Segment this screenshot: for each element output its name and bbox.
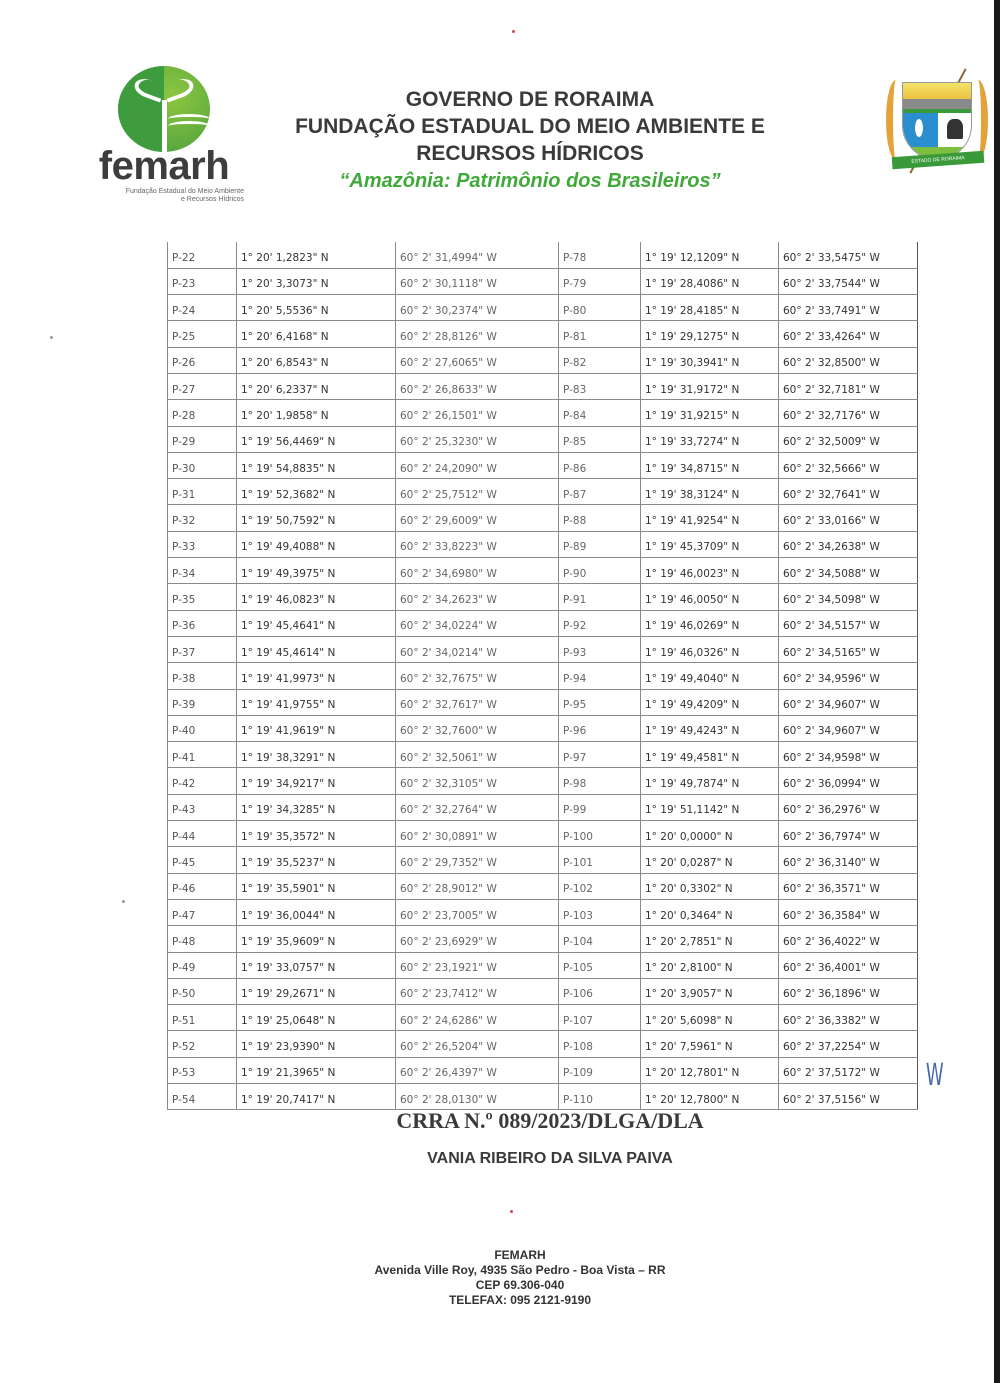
point-id-cell: P-35 bbox=[168, 584, 237, 610]
latitude-cell: 1° 19' 41,9619" N bbox=[237, 715, 396, 741]
latitude-cell: 1° 19' 56,4469" N bbox=[237, 426, 396, 452]
point-id-cell: P-84 bbox=[559, 400, 641, 426]
longitude-cell: 60° 2' 36,4001" W bbox=[779, 952, 918, 978]
longitude-cell: 60° 2' 32,7181" W bbox=[779, 373, 918, 399]
point-id-cell: P-87 bbox=[559, 479, 641, 505]
point-id-cell: P-24 bbox=[168, 295, 237, 321]
latitude-cell: 1° 19' 35,9609" N bbox=[237, 926, 396, 952]
longitude-cell: 60° 2' 34,2623" W bbox=[396, 584, 559, 610]
table-row: P-451° 19' 35,5237" N60° 2' 29,7352" WP-… bbox=[168, 847, 918, 873]
table-row: P-531° 19' 21,3965" N60° 2' 26,4397" WP-… bbox=[168, 1057, 918, 1083]
scan-edge bbox=[994, 0, 1000, 1383]
longitude-cell: 60° 2' 26,8633" W bbox=[396, 373, 559, 399]
latitude-cell: 1° 19' 35,3572" N bbox=[237, 821, 396, 847]
longitude-cell: 60° 2' 30,0891" W bbox=[396, 821, 559, 847]
point-id-cell: P-27 bbox=[168, 373, 237, 399]
latitude-cell: 1° 19' 20,7417" N bbox=[237, 1084, 396, 1110]
longitude-cell: 60° 2' 28,0130" W bbox=[396, 1084, 559, 1110]
footer-address: Avenida Ville Roy, 4935 São Pedro - Boa … bbox=[0, 1263, 1000, 1278]
table-row: P-311° 19' 52,3682" N60° 2' 25,7512" WP-… bbox=[168, 479, 918, 505]
point-id-cell: P-38 bbox=[168, 663, 237, 689]
logo-wordmark: femarh bbox=[84, 144, 244, 189]
point-id-cell: P-45 bbox=[168, 847, 237, 873]
longitude-cell: 60° 2' 36,0994" W bbox=[779, 768, 918, 794]
latitude-cell: 1° 19' 49,4088" N bbox=[237, 531, 396, 557]
table-row: P-261° 20' 6,8543" N60° 2' 27,6065" WP-8… bbox=[168, 347, 918, 373]
scan-speck bbox=[512, 30, 515, 33]
latitude-cell: 1° 19' 28,4185" N bbox=[641, 295, 779, 321]
table-row: P-221° 20' 1,2823" N60° 2' 31,4994" WP-7… bbox=[168, 242, 918, 268]
longitude-cell: 60° 2' 36,3584" W bbox=[779, 899, 918, 925]
femarh-logo: femarh Fundação Estadual do Meio Ambient… bbox=[84, 66, 244, 206]
latitude-cell: 1° 19' 35,5901" N bbox=[237, 873, 396, 899]
longitude-cell: 60° 2' 32,7176" W bbox=[779, 400, 918, 426]
latitude-cell: 1° 19' 45,4614" N bbox=[237, 636, 396, 662]
latitude-cell: 1° 19' 34,3285" N bbox=[237, 794, 396, 820]
foundation-title-line2: RECURSOS HÍDRICOS bbox=[230, 140, 830, 167]
point-id-cell: P-89 bbox=[559, 531, 641, 557]
table-row: P-431° 19' 34,3285" N60° 2' 32,2764" WP-… bbox=[168, 794, 918, 820]
longitude-cell: 60° 2' 37,5172" W bbox=[779, 1057, 918, 1083]
longitude-cell: 60° 2' 34,9598" W bbox=[779, 742, 918, 768]
latitude-cell: 1° 19' 41,9254" N bbox=[641, 505, 779, 531]
scan-speck bbox=[122, 900, 125, 903]
longitude-cell: 60° 2' 30,2374" W bbox=[396, 295, 559, 321]
longitude-cell: 60° 2' 32,5666" W bbox=[779, 452, 918, 478]
latitude-cell: 1° 20' 0,0000" N bbox=[641, 821, 779, 847]
point-id-cell: P-46 bbox=[168, 873, 237, 899]
latitude-cell: 1° 20' 3,9057" N bbox=[641, 978, 779, 1004]
point-id-cell: P-79 bbox=[559, 268, 641, 294]
latitude-cell: 1° 19' 25,0648" N bbox=[237, 1005, 396, 1031]
latitude-cell: 1° 20' 6,2337" N bbox=[237, 373, 396, 399]
footer: FEMARH Avenida Ville Roy, 4935 São Pedro… bbox=[0, 1248, 1000, 1308]
longitude-cell: 60° 2' 32,2764" W bbox=[396, 794, 559, 820]
longitude-cell: 60° 2' 32,5061" W bbox=[396, 742, 559, 768]
longitude-cell: 60° 2' 32,8500" W bbox=[779, 347, 918, 373]
point-id-cell: P-42 bbox=[168, 768, 237, 794]
point-id-cell: P-22 bbox=[168, 242, 237, 268]
sprout-leaf-icon bbox=[118, 66, 210, 152]
longitude-cell: 60° 2' 33,0166" W bbox=[779, 505, 918, 531]
longitude-cell: 60° 2' 32,7600" W bbox=[396, 715, 559, 741]
longitude-cell: 60° 2' 28,8126" W bbox=[396, 321, 559, 347]
point-id-cell: P-44 bbox=[168, 821, 237, 847]
table-row: P-381° 19' 41,9973" N60° 2' 32,7675" WP-… bbox=[168, 663, 918, 689]
latitude-cell: 1° 20' 6,8543" N bbox=[237, 347, 396, 373]
point-id-cell: P-97 bbox=[559, 742, 641, 768]
point-id-cell: P-36 bbox=[168, 610, 237, 636]
point-id-cell: P-81 bbox=[559, 321, 641, 347]
longitude-cell: 60° 2' 36,3382" W bbox=[779, 1005, 918, 1031]
longitude-cell: 60° 2' 24,6286" W bbox=[396, 1005, 559, 1031]
longitude-cell: 60° 2' 37,2254" W bbox=[779, 1031, 918, 1057]
latitude-cell: 1° 19' 52,3682" N bbox=[237, 479, 396, 505]
latitude-cell: 1° 19' 49,4243" N bbox=[641, 715, 779, 741]
point-id-cell: P-106 bbox=[559, 978, 641, 1004]
latitude-cell: 1° 19' 46,0269" N bbox=[641, 610, 779, 636]
footer-cep: CEP 69.306-040 bbox=[0, 1278, 1000, 1293]
point-id-cell: P-37 bbox=[168, 636, 237, 662]
table-row: P-251° 20' 6,4168" N60° 2' 28,8126" WP-8… bbox=[168, 321, 918, 347]
point-id-cell: P-83 bbox=[559, 373, 641, 399]
table-row: P-231° 20' 3,3073" N60° 2' 30,1118" WP-7… bbox=[168, 268, 918, 294]
point-id-cell: P-99 bbox=[559, 794, 641, 820]
point-id-cell: P-54 bbox=[168, 1084, 237, 1110]
table-row: P-521° 19' 23,9390" N60° 2' 26,5204" WP-… bbox=[168, 1031, 918, 1057]
point-id-cell: P-104 bbox=[559, 926, 641, 952]
point-id-cell: P-52 bbox=[168, 1031, 237, 1057]
point-id-cell: P-50 bbox=[168, 978, 237, 1004]
table-row: P-361° 19' 45,4641" N60° 2' 34,0224" WP-… bbox=[168, 610, 918, 636]
footer-telefax: TELEFAX: 095 2121-9190 bbox=[0, 1293, 1000, 1308]
point-id-cell: P-88 bbox=[559, 505, 641, 531]
point-id-cell: P-92 bbox=[559, 610, 641, 636]
table-row: P-291° 19' 56,4469" N60° 2' 25,3230" WP-… bbox=[168, 426, 918, 452]
point-id-cell: P-25 bbox=[168, 321, 237, 347]
point-id-cell: P-100 bbox=[559, 821, 641, 847]
point-id-cell: P-94 bbox=[559, 663, 641, 689]
point-id-cell: P-105 bbox=[559, 952, 641, 978]
longitude-cell: 60° 2' 32,5009" W bbox=[779, 426, 918, 452]
latitude-cell: 1° 20' 2,8100" N bbox=[641, 952, 779, 978]
latitude-cell: 1° 20' 5,6098" N bbox=[641, 1005, 779, 1031]
longitude-cell: 60° 2' 26,1501" W bbox=[396, 400, 559, 426]
point-id-cell: P-103 bbox=[559, 899, 641, 925]
point-id-cell: P-98 bbox=[559, 768, 641, 794]
longitude-cell: 60° 2' 36,7974" W bbox=[779, 821, 918, 847]
longitude-cell: 60° 2' 34,9596" W bbox=[779, 663, 918, 689]
longitude-cell: 60° 2' 33,4264" W bbox=[779, 321, 918, 347]
longitude-cell: 60° 2' 34,6980" W bbox=[396, 558, 559, 584]
point-id-cell: P-23 bbox=[168, 268, 237, 294]
longitude-cell: 60° 2' 37,5156" W bbox=[779, 1084, 918, 1110]
longitude-cell: 60° 2' 25,3230" W bbox=[396, 426, 559, 452]
latitude-cell: 1° 19' 41,9973" N bbox=[237, 663, 396, 689]
latitude-cell: 1° 20' 0,3302" N bbox=[641, 873, 779, 899]
longitude-cell: 60° 2' 34,5088" W bbox=[779, 558, 918, 584]
point-id-cell: P-47 bbox=[168, 899, 237, 925]
point-id-cell: P-91 bbox=[559, 584, 641, 610]
table-row: P-541° 19' 20,7417" N60° 2' 28,0130" WP-… bbox=[168, 1084, 918, 1110]
longitude-cell: 60° 2' 23,7005" W bbox=[396, 899, 559, 925]
handwritten-initial: W bbox=[926, 1058, 944, 1093]
point-id-cell: P-49 bbox=[168, 952, 237, 978]
table-row: P-401° 19' 41,9619" N60° 2' 32,7600" WP-… bbox=[168, 715, 918, 741]
point-id-cell: P-107 bbox=[559, 1005, 641, 1031]
point-id-cell: P-31 bbox=[168, 479, 237, 505]
latitude-cell: 1° 19' 34,8715" N bbox=[641, 452, 779, 478]
longitude-cell: 60° 2' 32,7641" W bbox=[779, 479, 918, 505]
point-id-cell: P-33 bbox=[168, 531, 237, 557]
point-id-cell: P-96 bbox=[559, 715, 641, 741]
point-id-cell: P-109 bbox=[559, 1057, 641, 1083]
longitude-cell: 60° 2' 26,4397" W bbox=[396, 1057, 559, 1083]
latitude-cell: 1° 19' 35,5237" N bbox=[237, 847, 396, 873]
longitude-cell: 60° 2' 23,1921" W bbox=[396, 952, 559, 978]
longitude-cell: 60° 2' 33,7491" W bbox=[779, 295, 918, 321]
state-coat-of-arms-icon: ESTADO DE RORAIMA bbox=[882, 62, 992, 182]
longitude-cell: 60° 2' 23,7412" W bbox=[396, 978, 559, 1004]
latitude-cell: 1° 19' 31,9172" N bbox=[641, 373, 779, 399]
table-row: P-441° 19' 35,3572" N60° 2' 30,0891" WP-… bbox=[168, 821, 918, 847]
point-id-cell: P-95 bbox=[559, 689, 641, 715]
table-row: P-481° 19' 35,9609" N60° 2' 23,6929" WP-… bbox=[168, 926, 918, 952]
point-id-cell: P-32 bbox=[168, 505, 237, 531]
latitude-cell: 1° 20' 5,5536" N bbox=[237, 295, 396, 321]
point-id-cell: P-102 bbox=[559, 873, 641, 899]
latitude-cell: 1° 19' 46,0050" N bbox=[641, 584, 779, 610]
latitude-cell: 1° 19' 38,3124" N bbox=[641, 479, 779, 505]
government-title: GOVERNO DE RORAIMA bbox=[230, 86, 830, 113]
longitude-cell: 60° 2' 29,7352" W bbox=[396, 847, 559, 873]
latitude-cell: 1° 19' 54,8835" N bbox=[237, 452, 396, 478]
longitude-cell: 60° 2' 32,7617" W bbox=[396, 689, 559, 715]
longitude-cell: 60° 2' 34,2638" W bbox=[779, 531, 918, 557]
slogan: “Amazônia: Patrimônio dos Brasileiros” bbox=[230, 167, 830, 195]
longitude-cell: 60° 2' 36,1896" W bbox=[779, 978, 918, 1004]
table-row: P-471° 19' 36,0044" N60° 2' 23,7005" WP-… bbox=[168, 899, 918, 925]
miner-figure-icon bbox=[947, 119, 963, 139]
longitude-cell: 60° 2' 25,7512" W bbox=[396, 479, 559, 505]
latitude-cell: 1° 19' 28,4086" N bbox=[641, 268, 779, 294]
latitude-cell: 1° 19' 50,7592" N bbox=[237, 505, 396, 531]
latitude-cell: 1° 19' 36,0044" N bbox=[237, 899, 396, 925]
longitude-cell: 60° 2' 36,3140" W bbox=[779, 847, 918, 873]
foundation-title-line1: FUNDAÇÃO ESTADUAL DO MEIO AMBIENTE E bbox=[230, 113, 830, 140]
point-id-cell: P-85 bbox=[559, 426, 641, 452]
table-row: P-411° 19' 38,3291" N60° 2' 32,5061" WP-… bbox=[168, 742, 918, 768]
point-id-cell: P-40 bbox=[168, 715, 237, 741]
longitude-cell: 60° 2' 33,7544" W bbox=[779, 268, 918, 294]
holder-name: VANIA RIBEIRO DA SILVA PAIVA bbox=[0, 1150, 1000, 1168]
table-row: P-371° 19' 45,4614" N60° 2' 34,0214" WP-… bbox=[168, 636, 918, 662]
latitude-cell: 1° 19' 30,3941" N bbox=[641, 347, 779, 373]
latitude-cell: 1° 19' 46,0326" N bbox=[641, 636, 779, 662]
scan-speck bbox=[50, 336, 53, 339]
latitude-cell: 1° 19' 49,4040" N bbox=[641, 663, 779, 689]
point-id-cell: P-101 bbox=[559, 847, 641, 873]
longitude-cell: 60° 2' 33,8223" W bbox=[396, 531, 559, 557]
table-row: P-271° 20' 6,2337" N60° 2' 26,8633" WP-8… bbox=[168, 373, 918, 399]
point-id-cell: P-29 bbox=[168, 426, 237, 452]
latitude-cell: 1° 20' 7,5961" N bbox=[641, 1031, 779, 1057]
coordinates-table: P-221° 20' 1,2823" N60° 2' 31,4994" WP-7… bbox=[167, 242, 918, 1110]
point-id-cell: P-43 bbox=[168, 794, 237, 820]
point-id-cell: P-110 bbox=[559, 1084, 641, 1110]
longitude-cell: 60° 2' 36,3571" W bbox=[779, 873, 918, 899]
point-id-cell: P-48 bbox=[168, 926, 237, 952]
longitude-cell: 60° 2' 34,9607" W bbox=[779, 715, 918, 741]
longitude-cell: 60° 2' 34,5098" W bbox=[779, 584, 918, 610]
latitude-cell: 1° 20' 1,2823" N bbox=[237, 242, 396, 268]
table-row: P-301° 19' 54,8835" N60° 2' 24,2090" WP-… bbox=[168, 452, 918, 478]
table-row: P-501° 19' 29,2671" N60° 2' 23,7412" WP-… bbox=[168, 978, 918, 1004]
table-row: P-341° 19' 49,3975" N60° 2' 34,6980" WP-… bbox=[168, 558, 918, 584]
table-row: P-391° 19' 41,9755" N60° 2' 32,7617" WP-… bbox=[168, 689, 918, 715]
point-id-cell: P-30 bbox=[168, 452, 237, 478]
point-id-cell: P-82 bbox=[559, 347, 641, 373]
latitude-cell: 1° 20' 0,0287" N bbox=[641, 847, 779, 873]
longitude-cell: 60° 2' 28,9012" W bbox=[396, 873, 559, 899]
latitude-cell: 1° 19' 21,3965" N bbox=[237, 1057, 396, 1083]
latitude-cell: 1° 19' 41,9755" N bbox=[237, 689, 396, 715]
crra-number: CRRA N.º 089/2023/DLGA/DLA bbox=[0, 1108, 1000, 1134]
longitude-cell: 60° 2' 32,3105" W bbox=[396, 768, 559, 794]
point-id-cell: P-78 bbox=[559, 242, 641, 268]
longitude-cell: 60° 2' 24,2090" W bbox=[396, 452, 559, 478]
logo-subtitle-line2: e Recursos Hídricos bbox=[84, 196, 244, 204]
table-row: P-351° 19' 46,0823" N60° 2' 34,2623" WP-… bbox=[168, 584, 918, 610]
latitude-cell: 1° 19' 51,1142" N bbox=[641, 794, 779, 820]
table-row: P-241° 20' 5,5536" N60° 2' 30,2374" WP-8… bbox=[168, 295, 918, 321]
latitude-cell: 1° 20' 1,9858" N bbox=[237, 400, 396, 426]
table-row: P-461° 19' 35,5901" N60° 2' 28,9012" WP-… bbox=[168, 873, 918, 899]
table-row: P-511° 19' 25,0648" N60° 2' 24,6286" WP-… bbox=[168, 1005, 918, 1031]
longitude-cell: 60° 2' 26,5204" W bbox=[396, 1031, 559, 1057]
latitude-cell: 1° 20' 3,3073" N bbox=[237, 268, 396, 294]
table-row: P-321° 19' 50,7592" N60° 2' 29,6009" WP-… bbox=[168, 505, 918, 531]
longitude-cell: 60° 2' 23,6929" W bbox=[396, 926, 559, 952]
latitude-cell: 1° 19' 49,4581" N bbox=[641, 742, 779, 768]
table-row: P-491° 19' 33,0757" N60° 2' 23,1921" WP-… bbox=[168, 952, 918, 978]
latitude-cell: 1° 20' 12,7801" N bbox=[641, 1057, 779, 1083]
longitude-cell: 60° 2' 34,5165" W bbox=[779, 636, 918, 662]
latitude-cell: 1° 20' 0,3464" N bbox=[641, 899, 779, 925]
point-id-cell: P-51 bbox=[168, 1005, 237, 1031]
longitude-cell: 60° 2' 33,5475" W bbox=[779, 242, 918, 268]
longitude-cell: 60° 2' 30,1118" W bbox=[396, 268, 559, 294]
point-id-cell: P-90 bbox=[559, 558, 641, 584]
scan-speck bbox=[510, 1210, 513, 1213]
point-id-cell: P-41 bbox=[168, 742, 237, 768]
latitude-cell: 1° 20' 12,7800" N bbox=[641, 1084, 779, 1110]
latitude-cell: 1° 19' 49,7874" N bbox=[641, 768, 779, 794]
longitude-cell: 60° 2' 34,0214" W bbox=[396, 636, 559, 662]
longitude-cell: 60° 2' 34,9607" W bbox=[779, 689, 918, 715]
point-id-cell: P-108 bbox=[559, 1031, 641, 1057]
latitude-cell: 1° 19' 45,4641" N bbox=[237, 610, 396, 636]
longitude-cell: 60° 2' 34,5157" W bbox=[779, 610, 918, 636]
footer-org: FEMARH bbox=[0, 1248, 1000, 1263]
latitude-cell: 1° 19' 29,2671" N bbox=[237, 978, 396, 1004]
letterhead: GOVERNO DE RORAIMA FUNDAÇÃO ESTADUAL DO … bbox=[230, 86, 830, 195]
latitude-cell: 1° 19' 33,0757" N bbox=[237, 952, 396, 978]
point-id-cell: P-26 bbox=[168, 347, 237, 373]
longitude-cell: 60° 2' 27,6065" W bbox=[396, 347, 559, 373]
latitude-cell: 1° 19' 29,1275" N bbox=[641, 321, 779, 347]
longitude-cell: 60° 2' 29,6009" W bbox=[396, 505, 559, 531]
logo-subtitle-line1: Fundação Estadual do Meio Ambiente bbox=[84, 188, 244, 196]
point-id-cell: P-80 bbox=[559, 295, 641, 321]
longitude-cell: 60° 2' 32,7675" W bbox=[396, 663, 559, 689]
latitude-cell: 1° 20' 6,4168" N bbox=[237, 321, 396, 347]
latitude-cell: 1° 19' 49,4209" N bbox=[641, 689, 779, 715]
point-id-cell: P-53 bbox=[168, 1057, 237, 1083]
heron-icon bbox=[915, 119, 923, 137]
longitude-cell: 60° 2' 31,4994" W bbox=[396, 242, 559, 268]
latitude-cell: 1° 19' 45,3709" N bbox=[641, 531, 779, 557]
latitude-cell: 1° 19' 31,9215" N bbox=[641, 400, 779, 426]
point-id-cell: P-34 bbox=[168, 558, 237, 584]
latitude-cell: 1° 19' 12,1209" N bbox=[641, 242, 779, 268]
longitude-cell: 60° 2' 36,2976" W bbox=[779, 794, 918, 820]
table-row: P-331° 19' 49,4088" N60° 2' 33,8223" WP-… bbox=[168, 531, 918, 557]
point-id-cell: P-86 bbox=[559, 452, 641, 478]
latitude-cell: 1° 19' 23,9390" N bbox=[237, 1031, 396, 1057]
logo-subtitle: Fundação Estadual do Meio Ambiente e Rec… bbox=[84, 188, 244, 204]
latitude-cell: 1° 19' 46,0823" N bbox=[237, 584, 396, 610]
longitude-cell: 60° 2' 34,0224" W bbox=[396, 610, 559, 636]
latitude-cell: 1° 19' 33,7274" N bbox=[641, 426, 779, 452]
point-id-cell: P-39 bbox=[168, 689, 237, 715]
latitude-cell: 1° 19' 46,0023" N bbox=[641, 558, 779, 584]
latitude-cell: 1° 19' 38,3291" N bbox=[237, 742, 396, 768]
latitude-cell: 1° 19' 34,9217" N bbox=[237, 768, 396, 794]
latitude-cell: 1° 20' 2,7851" N bbox=[641, 926, 779, 952]
latitude-cell: 1° 19' 49,3975" N bbox=[237, 558, 396, 584]
longitude-cell: 60° 2' 36,4022" W bbox=[779, 926, 918, 952]
table-row: P-421° 19' 34,9217" N60° 2' 32,3105" WP-… bbox=[168, 768, 918, 794]
point-id-cell: P-28 bbox=[168, 400, 237, 426]
point-id-cell: P-93 bbox=[559, 636, 641, 662]
table-row: P-281° 20' 1,9858" N60° 2' 26,1501" WP-8… bbox=[168, 400, 918, 426]
